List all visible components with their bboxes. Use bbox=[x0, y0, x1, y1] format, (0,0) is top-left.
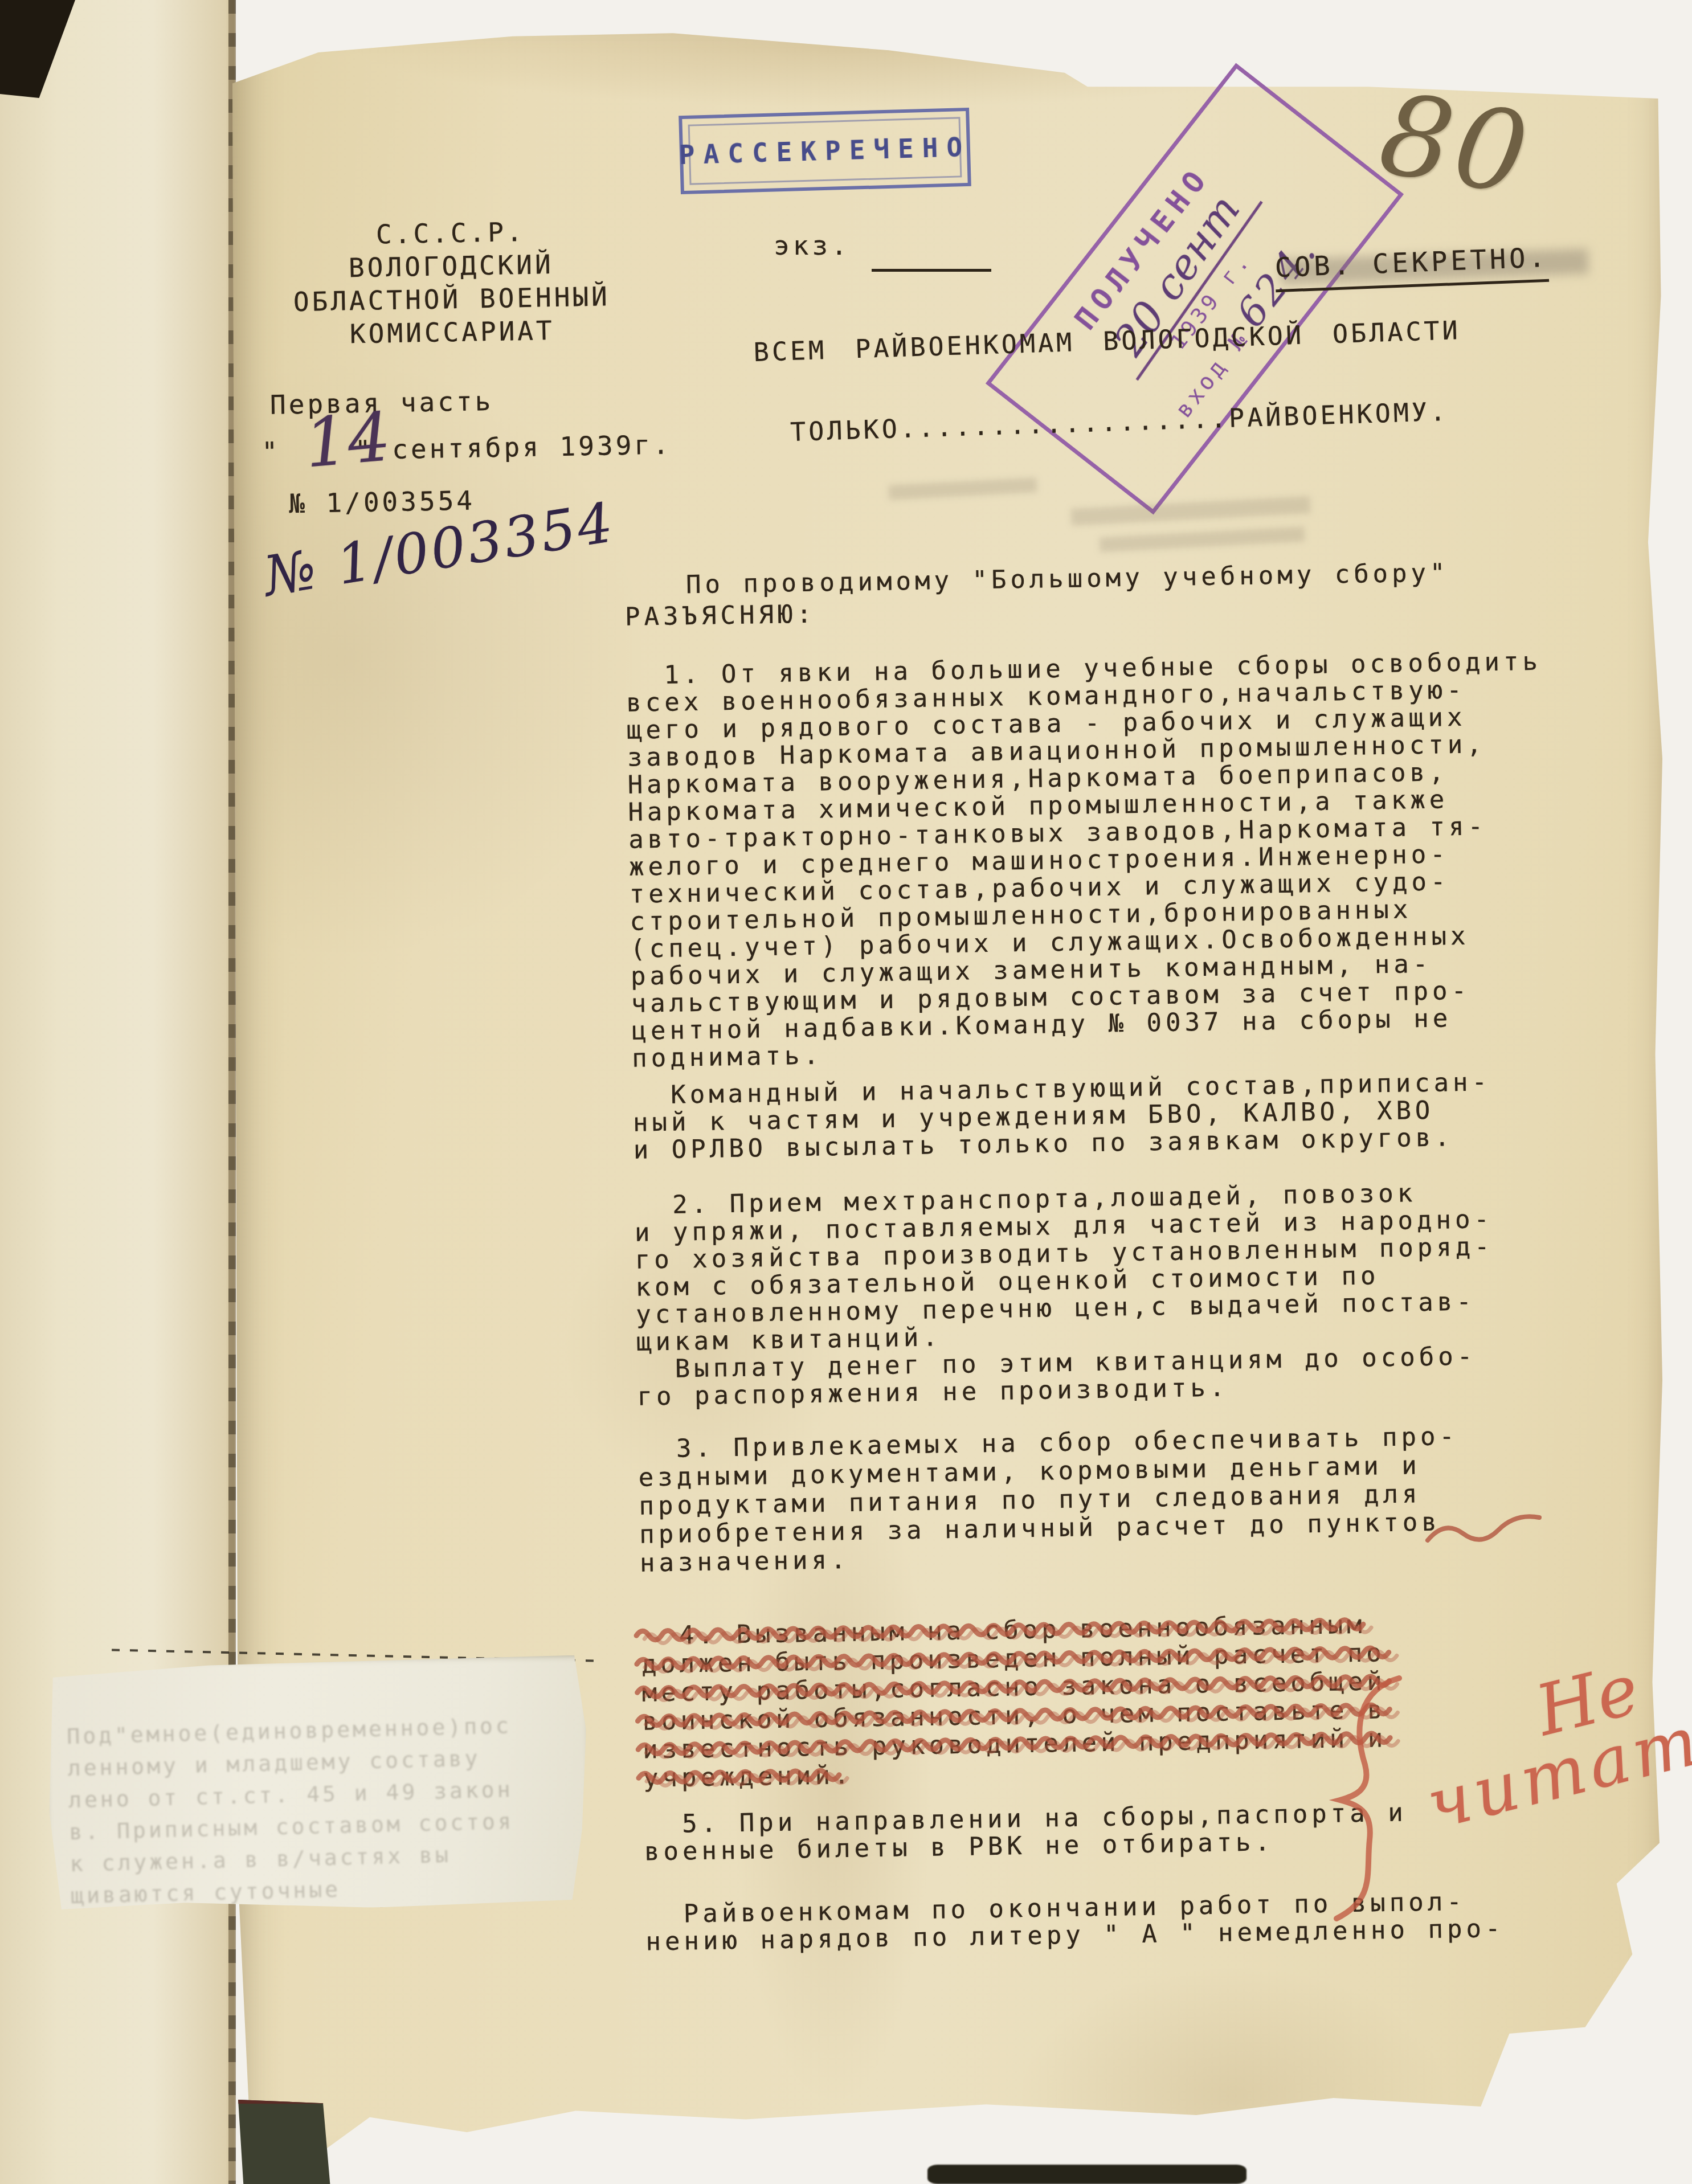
text-line: поднимать. bbox=[632, 1042, 823, 1073]
body-intro-line2: РАЗЪЯСНЯЮ: bbox=[625, 600, 816, 632]
attached-paper-slip: Под"емное(единовременное)посленному и мл… bbox=[47, 1655, 588, 1912]
crossed-out-text-line: учреждений. bbox=[643, 1761, 853, 1793]
document-scan: 80 РАССЕКРЕЧЕНО ПОЛУЧЕНО 20 сент 1939 г.… bbox=[0, 0, 1692, 2184]
text-line: назначения. bbox=[640, 1546, 850, 1578]
slip-ghost-text: Под"емное(единовременное)посленному и мл… bbox=[67, 1709, 516, 1912]
paragraph-2: 2. Прием мехтранспорта,лошадей, повозоки… bbox=[634, 1179, 1496, 1411]
paragraph-4-crossed-out: 4. Вызванным на сбор военнообязаннымдолж… bbox=[641, 1610, 1388, 1793]
binding-remnant bbox=[238, 2100, 330, 2184]
body-intro-line1: По проводимому "Большому учебному сбору" bbox=[686, 558, 1449, 599]
red-brace bbox=[1319, 1674, 1416, 1924]
paragraph-3: 3. Привлекаемых на сбор обеспечивать про… bbox=[638, 1422, 1461, 1578]
paragraph-1-continued: Командный и начальствующий состав,припис… bbox=[632, 1069, 1492, 1164]
handwritten-date-day: 14 bbox=[301, 397, 394, 483]
red-pencil-squiggle bbox=[1424, 1514, 1544, 1554]
scanner-bed-shadow bbox=[927, 2165, 1246, 2184]
paragraph-5: 5. При направлении на сборы,паспорта иво… bbox=[644, 1799, 1408, 1866]
paragraph-1: 1. От явки на большие учебные сборы осво… bbox=[626, 648, 1548, 1073]
red-strike-through bbox=[637, 1764, 850, 1788]
